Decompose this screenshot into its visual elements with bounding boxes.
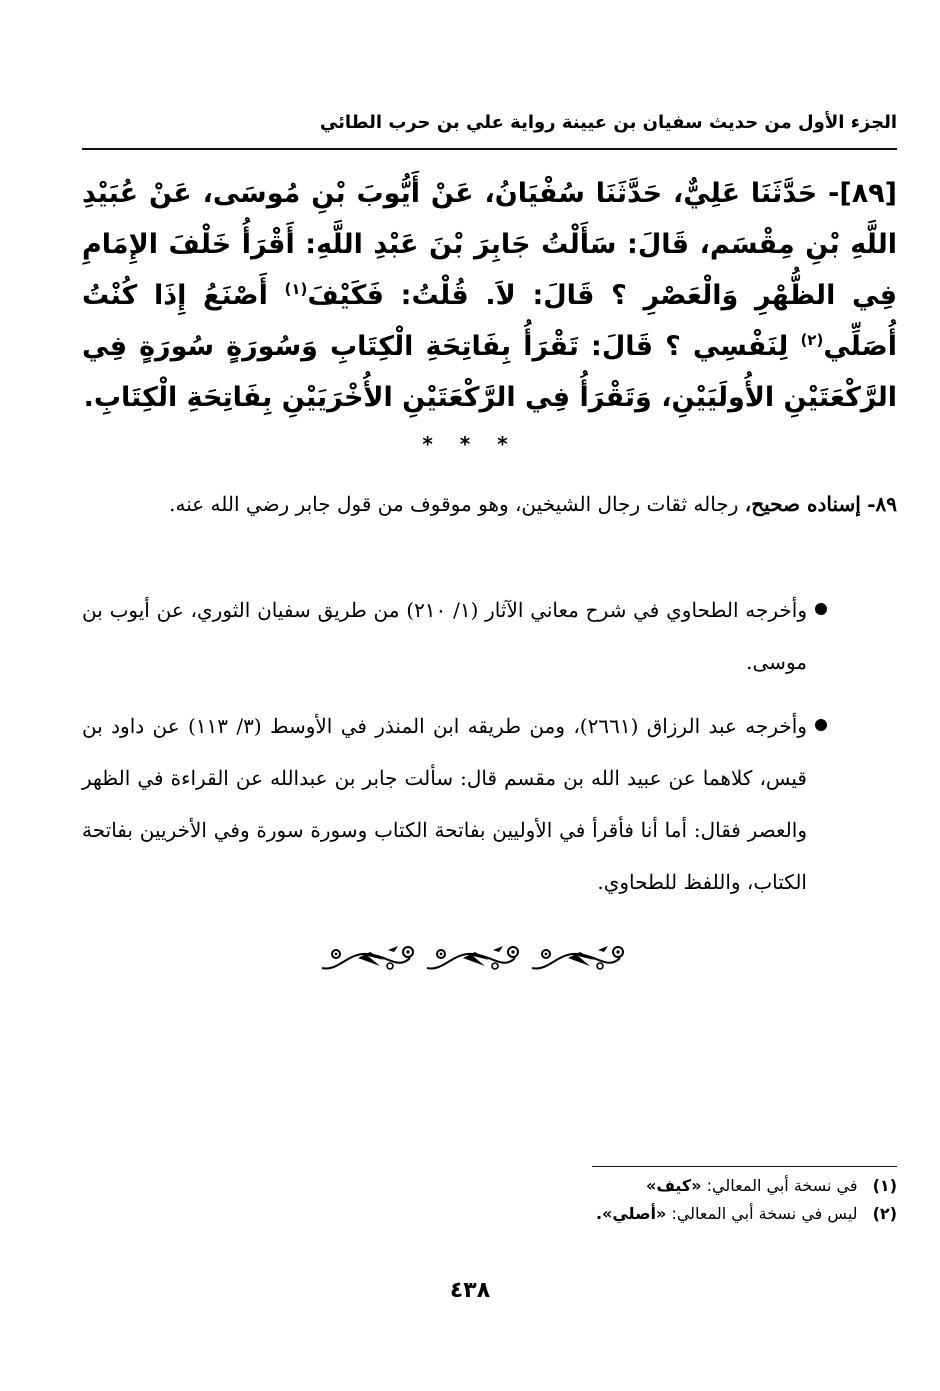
header-rule xyxy=(82,148,897,150)
footnote-rule xyxy=(592,1166,897,1167)
footnote-number: (٢) xyxy=(873,1204,897,1223)
footnote-text: ليس في نسخة أبي المعالي: xyxy=(671,1204,857,1223)
book-page: الجزء الأول من حديث سفيان بن عيينة رواية… xyxy=(0,0,940,1391)
footnotes: (١) في نسخة أبي المعالي: «كيف» (٢) ليس ف… xyxy=(400,1172,897,1228)
takhrij-list: وأخرجه الطحاوي في شرح معاني الآثار (١/ ٢… xyxy=(82,584,897,920)
footnote-quote: «أصلي». xyxy=(596,1204,666,1223)
commentary-grade: إسناده صحيح، xyxy=(745,492,861,516)
list-item: وأخرجه عبد الرزاق (٢٦٦١)، ومن طريقه ابن … xyxy=(82,700,897,908)
footnote-text: في نسخة أبي المعالي: xyxy=(707,1176,858,1195)
page-number: ٤٣٨ xyxy=(0,1278,940,1303)
commentary-number: ٨٩- xyxy=(867,492,897,516)
commentary-paragraph: ٨٩- إسناده صحيح، رجاله ثقات رجال الشيخين… xyxy=(82,478,897,530)
section-separator: * * * xyxy=(0,432,940,456)
footnote-ref-1[interactable]: (١) xyxy=(285,280,308,298)
footnote-number: (١) xyxy=(873,1176,897,1195)
footnote-ref-2[interactable]: (٢) xyxy=(800,331,823,349)
hadith-text-part3: لِنَفْسِي ؟ قَالَ: تَقْرَأُ بِفَاتِحَةِ … xyxy=(82,331,897,413)
footnote-quote: «كيف» xyxy=(646,1176,702,1195)
footnote-1: (١) في نسخة أبي المعالي: «كيف» xyxy=(400,1172,897,1200)
hadith-number: [٨٩]- xyxy=(828,178,897,209)
floral-divider xyxy=(318,942,628,976)
floral-divider-icon xyxy=(528,942,628,976)
commentary-text: رجاله ثقات رجال الشيخين، وهو موقوف من قو… xyxy=(169,492,738,516)
footnote-2: (٢) ليس في نسخة أبي المعالي: «أصلي». xyxy=(400,1200,897,1228)
bullet-icon xyxy=(815,719,827,731)
running-header: الجزء الأول من حديث سفيان بن عيينة رواية… xyxy=(82,108,897,138)
list-item-text: وأخرجه عبد الرزاق (٢٦٦١)، ومن طريقه ابن … xyxy=(82,714,807,894)
hadith-text: [٨٩]- حَدَّثَنَا عَلِيٌّ، حَدَّثَنَا سُف… xyxy=(82,168,897,423)
floral-divider-icon xyxy=(423,942,523,976)
floral-divider-icon xyxy=(318,942,418,976)
list-item: وأخرجه الطحاوي في شرح معاني الآثار (١/ ٢… xyxy=(82,584,897,688)
bullet-icon xyxy=(815,603,827,615)
list-item-text: وأخرجه الطحاوي في شرح معاني الآثار (١/ ٢… xyxy=(82,598,807,674)
